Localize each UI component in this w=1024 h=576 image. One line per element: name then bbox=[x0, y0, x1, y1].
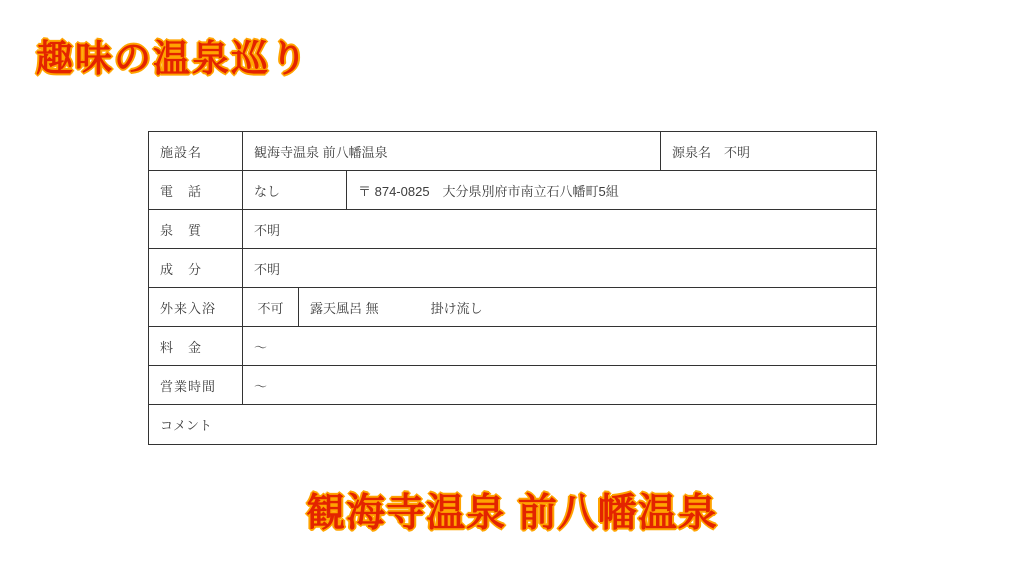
open-air-bath-info: 露天風呂 無 掛け流し bbox=[299, 288, 876, 326]
table-row-facility: 施設名 観海寺温泉 前八幡温泉 源泉名 不明 bbox=[149, 132, 876, 171]
phone-value: なし bbox=[243, 171, 347, 209]
table-row-comment: コメント bbox=[149, 405, 876, 444]
page-title: 趣味の温泉巡り bbox=[36, 28, 309, 82]
day-bathing-label: 外来入浴 bbox=[149, 288, 243, 326]
components-label: 成 分 bbox=[149, 249, 243, 287]
table-row-spring-quality: 泉 質 不明 bbox=[149, 210, 876, 249]
table-row-phone: 電 話 なし 〒 874-0825 大分県別府市南立石八幡町5組 bbox=[149, 171, 876, 210]
address-value: 〒 874-0825 大分県別府市南立石八幡町5組 bbox=[347, 171, 876, 209]
business-hours-value: ～ bbox=[243, 366, 876, 404]
onsen-info-table: 施設名 観海寺温泉 前八幡温泉 源泉名 不明 電 話 なし 〒 874-0825… bbox=[148, 131, 877, 445]
fee-label: 料 金 bbox=[149, 327, 243, 365]
day-bathing-value: 不可 bbox=[243, 288, 299, 326]
phone-label: 電 話 bbox=[149, 171, 243, 209]
source-name-value: 源泉名 不明 bbox=[661, 132, 876, 170]
facility-label: 施設名 bbox=[149, 132, 243, 170]
business-hours-label: 営業時間 bbox=[149, 366, 243, 404]
onsen-name-title: 観海寺温泉 前八幡温泉 bbox=[0, 482, 1024, 538]
comment-label: コメント bbox=[149, 405, 876, 444]
table-row-day-bathing: 外来入浴 不可 露天風呂 無 掛け流し bbox=[149, 288, 876, 327]
fee-value: ～ bbox=[243, 327, 876, 365]
spring-quality-label: 泉 質 bbox=[149, 210, 243, 248]
spring-quality-value: 不明 bbox=[243, 210, 876, 248]
components-value: 不明 bbox=[243, 249, 876, 287]
table-row-fee: 料 金 ～ bbox=[149, 327, 876, 366]
table-row-components: 成 分 不明 bbox=[149, 249, 876, 288]
table-row-business-hours: 営業時間 ～ bbox=[149, 366, 876, 405]
slide-page: 趣味の温泉巡り 施設名 観海寺温泉 前八幡温泉 源泉名 不明 電 話 なし 〒 … bbox=[0, 0, 1024, 576]
facility-value: 観海寺温泉 前八幡温泉 bbox=[243, 132, 661, 170]
